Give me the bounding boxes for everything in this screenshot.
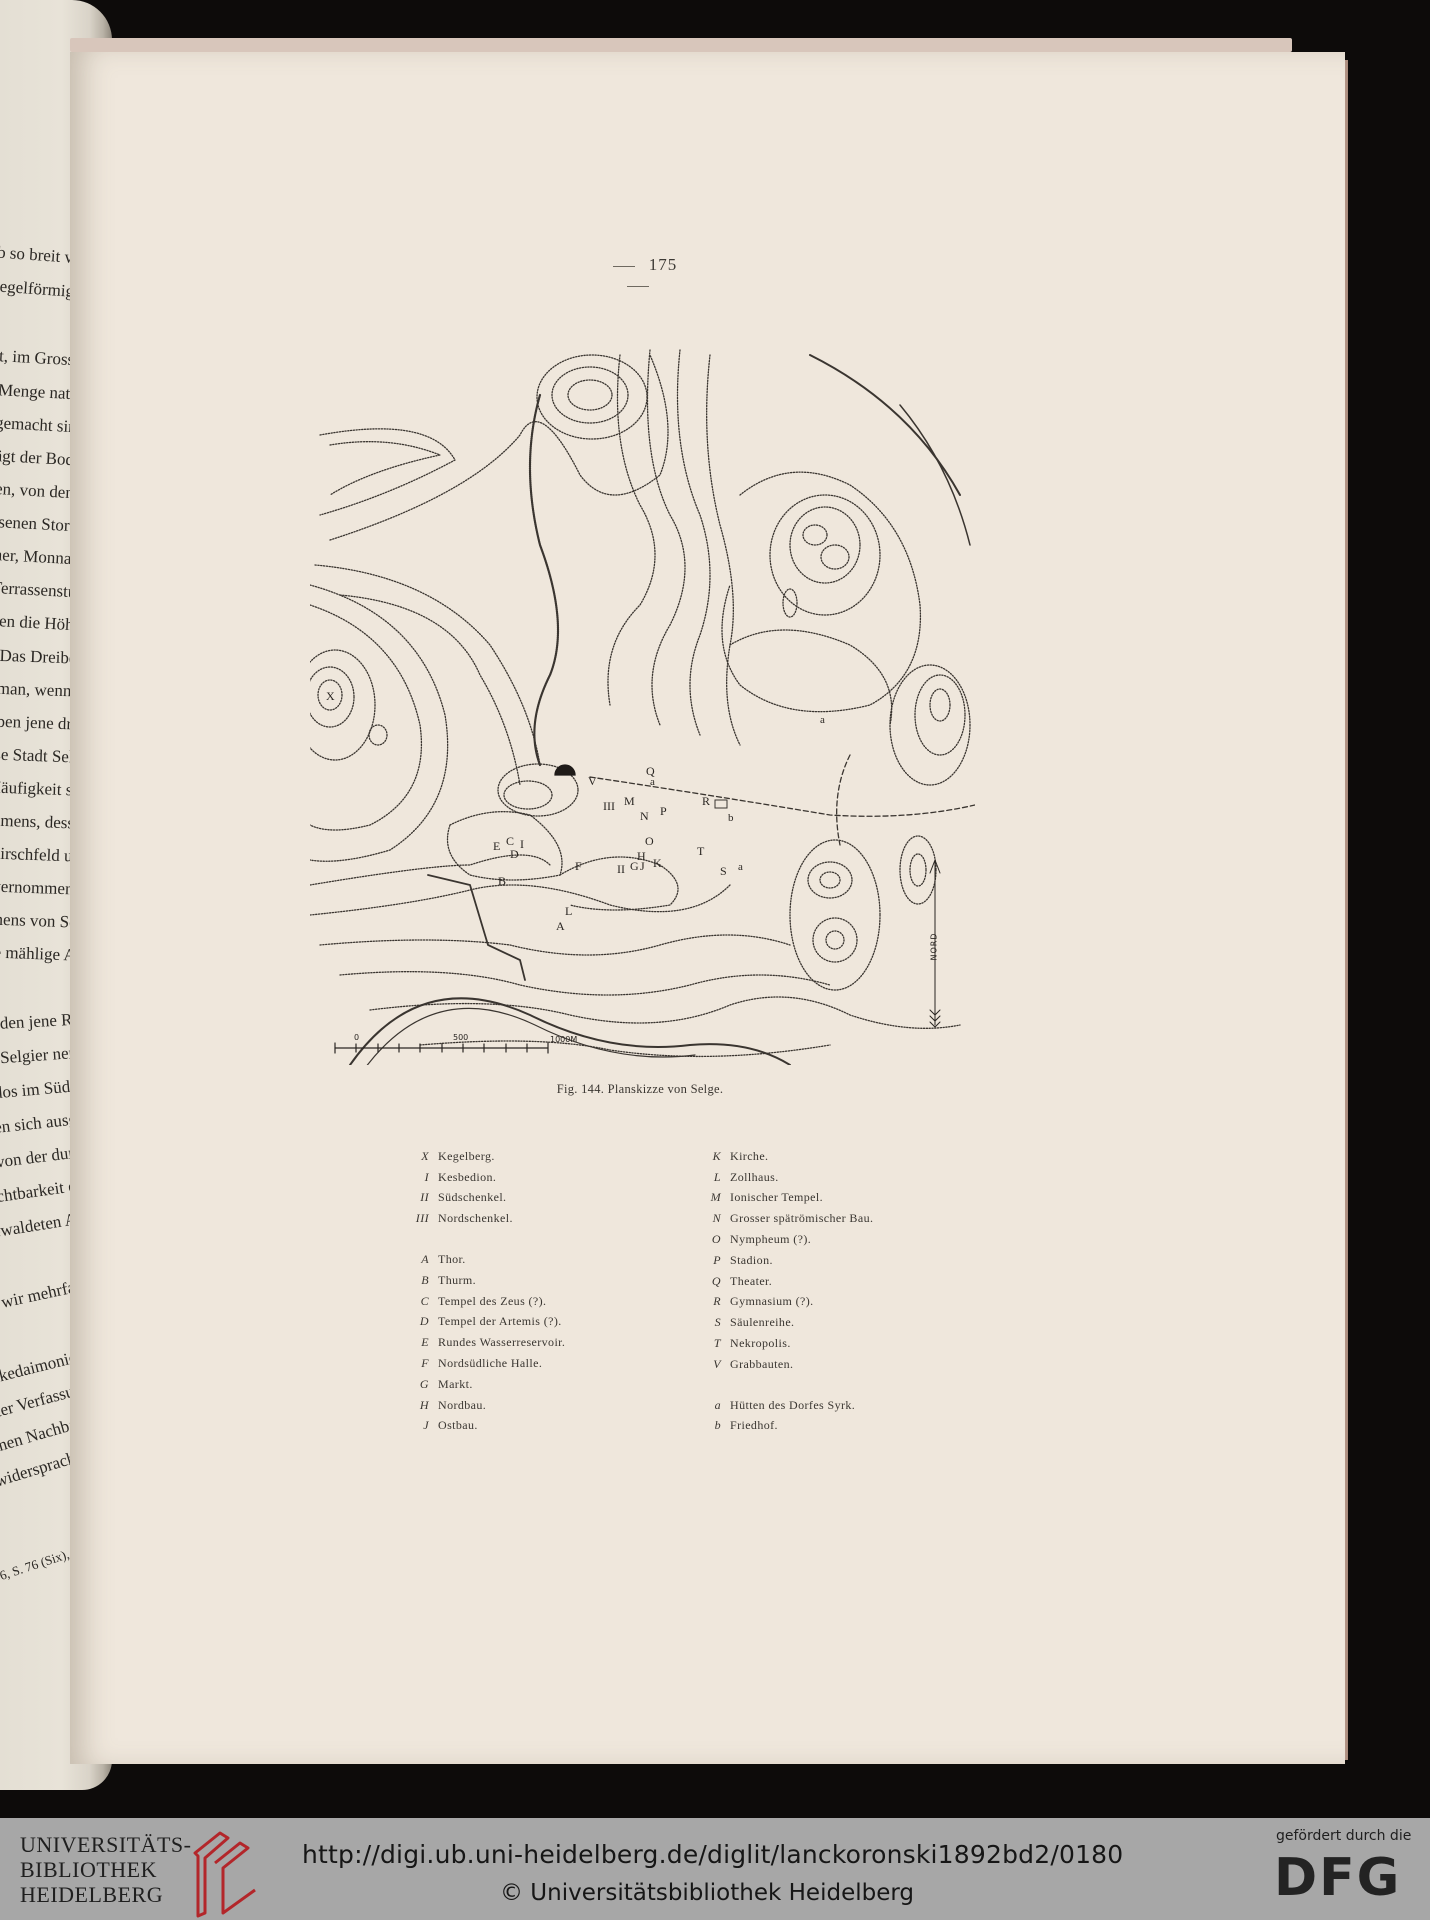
copyright-notice: © Universitätsbibliothek Heidelberg xyxy=(500,1880,914,1906)
legend-item: IKesbedion. xyxy=(410,1167,740,1188)
map-label-d: D xyxy=(510,848,519,860)
legend-label: Nympheum (?). xyxy=(730,1232,811,1247)
map-label-iii: III xyxy=(603,800,615,812)
legend-item: IIINordschenkel. xyxy=(410,1208,740,1229)
legend-label: Nordschenkel. xyxy=(438,1211,513,1226)
library-name-line: UNIVERSITÄTS- xyxy=(20,1832,192,1857)
legend-key: C xyxy=(410,1294,438,1309)
legend-label: Tempel des Zeus (?). xyxy=(438,1294,546,1309)
legend-label: Grosser spätrömischer Bau. xyxy=(730,1211,873,1226)
legend-label: Zollhaus. xyxy=(730,1170,779,1185)
document-url[interactable]: http://digi.ub.uni-heidelberg.de/diglit/… xyxy=(302,1840,1123,1869)
map-label-k: K xyxy=(653,857,662,869)
legend-item: TNekropolis. xyxy=(702,1333,1032,1354)
legend-key: B xyxy=(410,1273,438,1288)
legend-label: Nordbau. xyxy=(438,1398,486,1413)
legend-item: RGymnasium (?). xyxy=(702,1292,1032,1313)
legend-label: Hütten des Dorfes Syrk. xyxy=(730,1398,855,1413)
legend-label: Friedhof. xyxy=(730,1418,778,1433)
legend-label: Rundes Wasserreservoir. xyxy=(438,1335,565,1350)
page-number-dash xyxy=(613,266,635,267)
map-label-o: O xyxy=(645,835,654,847)
map-label-f: F xyxy=(575,860,582,872)
scale-label-start: 0 xyxy=(354,1033,359,1042)
legend-key: R xyxy=(702,1294,730,1309)
legend-key: X xyxy=(410,1149,438,1164)
legend-label: Nordsüdliche Halle. xyxy=(438,1356,542,1371)
library-logo-icon xyxy=(190,1828,260,1918)
legend-label: Grabbauten. xyxy=(730,1357,793,1372)
legend-key: I xyxy=(410,1170,438,1185)
legend-key: D xyxy=(410,1314,438,1329)
page-number-text: 175 xyxy=(649,255,678,274)
legend-label: Nekropolis. xyxy=(730,1336,791,1351)
legend-label: Tempel der Artemis (?). xyxy=(438,1314,562,1329)
legend-item: MIonischer Tempel. xyxy=(702,1188,1032,1209)
legend-label: Südschenkel. xyxy=(438,1190,506,1205)
legend-label: Stadion. xyxy=(730,1253,773,1268)
legend-key: J xyxy=(410,1418,438,1433)
page-number: 175 xyxy=(578,255,698,295)
map-label-t: T xyxy=(697,845,704,857)
legend-key: III xyxy=(410,1211,438,1226)
legend-key: E xyxy=(410,1335,438,1350)
legend-key: G xyxy=(410,1377,438,1392)
legend-key: H xyxy=(410,1398,438,1413)
legend-label: Markt. xyxy=(438,1377,473,1392)
legend-label: Ionischer Tempel. xyxy=(730,1190,823,1205)
legend-key: F xyxy=(410,1356,438,1371)
book-board-edge xyxy=(70,38,1292,52)
legend-item: SSäulenreihe. xyxy=(702,1312,1032,1333)
legend-item: IISüdschenkel. xyxy=(410,1188,740,1209)
legend-key: A xyxy=(410,1252,438,1267)
legend-key: S xyxy=(702,1315,730,1330)
legend-item: AThor. xyxy=(410,1249,740,1270)
map-label-i: I xyxy=(520,838,524,850)
library-name-line: HEIDELBERG xyxy=(20,1882,192,1907)
legend-key: Q xyxy=(702,1274,730,1289)
legend-item: VGrabbauten. xyxy=(702,1354,1032,1375)
legend-item: XKegelberg. xyxy=(410,1146,740,1167)
legend-right-column: KKirche. LZollhaus. MIonischer Tempel. N… xyxy=(702,1146,1032,1436)
legend-left-column: XKegelberg. IKesbedion. IISüdschenkel. I… xyxy=(410,1146,740,1436)
library-name-line: BIBLIOTHEK xyxy=(20,1857,192,1882)
legend-key: O xyxy=(702,1232,730,1247)
map-label-x: X xyxy=(326,690,335,702)
map-label-p: P xyxy=(660,805,667,817)
legend-item: KKirche. xyxy=(702,1146,1032,1167)
legend-label: Säulenreihe. xyxy=(730,1315,794,1330)
map-label-j: J xyxy=(640,860,645,872)
legend-key: K xyxy=(702,1149,730,1164)
legend-label: Ostbau. xyxy=(438,1418,478,1433)
legend-item: QTheater. xyxy=(702,1271,1032,1292)
legend-key: P xyxy=(702,1253,730,1268)
legend-key: L xyxy=(702,1170,730,1185)
legend-item: GMarkt. xyxy=(410,1374,740,1395)
map-label-s: S xyxy=(720,865,727,877)
map-label-n: N xyxy=(640,810,649,822)
legend-item: PStadion. xyxy=(702,1250,1032,1271)
map-label-m: M xyxy=(624,795,635,807)
map-label-a-east: a xyxy=(820,715,825,726)
map-label-a-south: a xyxy=(738,862,743,873)
legend-label: Thurm. xyxy=(438,1273,476,1288)
map-label-v: V xyxy=(588,775,597,787)
map-label-a-gate: A xyxy=(556,920,565,932)
map-label-b: b xyxy=(728,813,734,824)
legend-item: DTempel der Artemis (?). xyxy=(410,1312,740,1333)
map-label-l: L xyxy=(565,905,572,917)
library-name: UNIVERSITÄTS- BIBLIOTHEK HEIDELBERG xyxy=(20,1832,192,1907)
legend-item: bFriedhof. xyxy=(702,1416,1032,1437)
legend-key: T xyxy=(702,1336,730,1351)
funding-caption: gefördert durch die xyxy=(1276,1828,1411,1844)
legend-item: LZollhaus. xyxy=(702,1167,1032,1188)
legend-key: V xyxy=(702,1357,730,1372)
contour-map-drawing xyxy=(310,345,975,1065)
contour-map-selge: X V III M N P Q a R O H G J K II T S a a… xyxy=(310,345,975,1065)
legend-key: M xyxy=(702,1190,730,1205)
legend-label: Kesbedion. xyxy=(438,1170,496,1185)
footer-bar: UNIVERSITÄTS- BIBLIOTHEK HEIDELBERG http… xyxy=(0,1818,1430,1920)
legend-item: ONympheum (?). xyxy=(702,1229,1032,1250)
map-label-g: G xyxy=(630,860,639,872)
legend-label: Gymnasium (?). xyxy=(730,1294,814,1309)
legend-key: b xyxy=(702,1418,730,1433)
north-label: NORD xyxy=(930,933,939,961)
scale-label-mid: 500 xyxy=(453,1033,468,1042)
legend-key: II xyxy=(410,1190,438,1205)
legend-item: JOstbau. xyxy=(410,1416,740,1437)
legend-item: ERundes Wasserreservoir. xyxy=(410,1332,740,1353)
map-label-ii: II xyxy=(617,863,625,875)
map-label-e: E xyxy=(493,840,500,852)
legend-label: Thor. xyxy=(438,1252,466,1267)
map-label-a-theater: a xyxy=(650,777,655,788)
map-label-r: R xyxy=(702,795,710,807)
legend-key: N xyxy=(702,1211,730,1226)
legend-label: Kirche. xyxy=(730,1149,768,1164)
legend-item: NGrosser spätrömischer Bau. xyxy=(702,1208,1032,1229)
figure-caption: Fig. 144. Planskizze von Selge. xyxy=(400,1082,880,1097)
legend-item: BThurm. xyxy=(410,1270,740,1291)
legend-item: CTempel des Zeus (?). xyxy=(410,1291,740,1312)
map-label-b-upper: B xyxy=(498,875,506,887)
legend-label: Kegelberg. xyxy=(438,1149,495,1164)
map-label-c: C xyxy=(506,835,514,847)
scale-label-end: 1000M xyxy=(550,1035,577,1044)
legend-item: FNordsüdliche Halle. xyxy=(410,1353,740,1374)
legend-label: Theater. xyxy=(730,1274,772,1289)
legend-item: HNordbau. xyxy=(410,1395,740,1416)
legend-key: a xyxy=(702,1398,730,1413)
dfg-logo: DFG xyxy=(1274,1852,1401,1904)
page-number-dash xyxy=(627,286,649,287)
legend-item: aHütten des Dorfes Syrk. xyxy=(702,1395,1032,1416)
